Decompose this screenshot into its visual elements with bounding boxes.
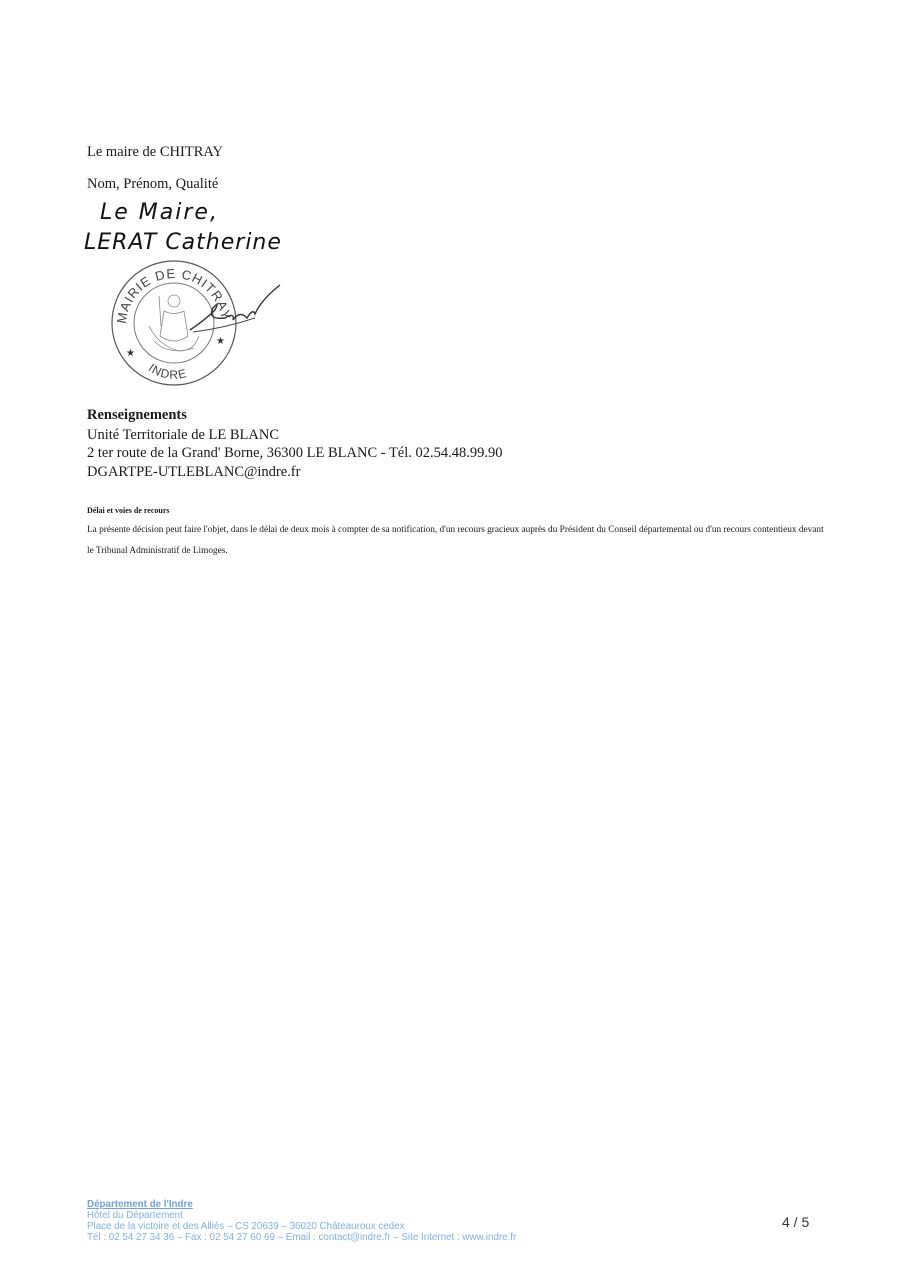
svg-text:★: ★ <box>126 348 135 359</box>
name-label: Nom, Prénom, Qualité <box>87 177 218 192</box>
information-email: DGARTPE-UTLEBLANC@indre.fr <box>87 465 300 480</box>
recourse-text: La présente décision peut faire l'objet,… <box>87 525 824 535</box>
page-number: 4 / 5 <box>782 1214 809 1230</box>
information-unit: Unité Territoriale de LE BLANC <box>87 428 279 443</box>
svg-text:INDRE: INDRE <box>146 361 189 382</box>
footer-contact: Tél : 02 54 27 34 36 – Fax : 02 54 27 60… <box>87 1233 516 1243</box>
footer-organization: Département de l'Indre <box>87 1200 193 1210</box>
handwritten-title: Le Maire, <box>100 200 219 225</box>
signature-icon <box>185 280 285 340</box>
handwritten-name: LERAT Catherine <box>84 230 282 255</box>
footer-building: Hôtel du Département <box>87 1211 183 1221</box>
information-address: 2 ter route de la Grand' Borne, 36300 LE… <box>87 446 503 461</box>
recourse-text-continued: le Tribunal Administratif de Limoges. <box>87 546 228 556</box>
information-heading: Renseignements <box>87 407 187 424</box>
footer-address: Place de la victoire et des Alliés – CS … <box>87 1222 405 1232</box>
mayor-title: Le maire de CHITRAY <box>87 145 223 160</box>
recourse-heading: Délai et voies de recours <box>87 506 170 515</box>
